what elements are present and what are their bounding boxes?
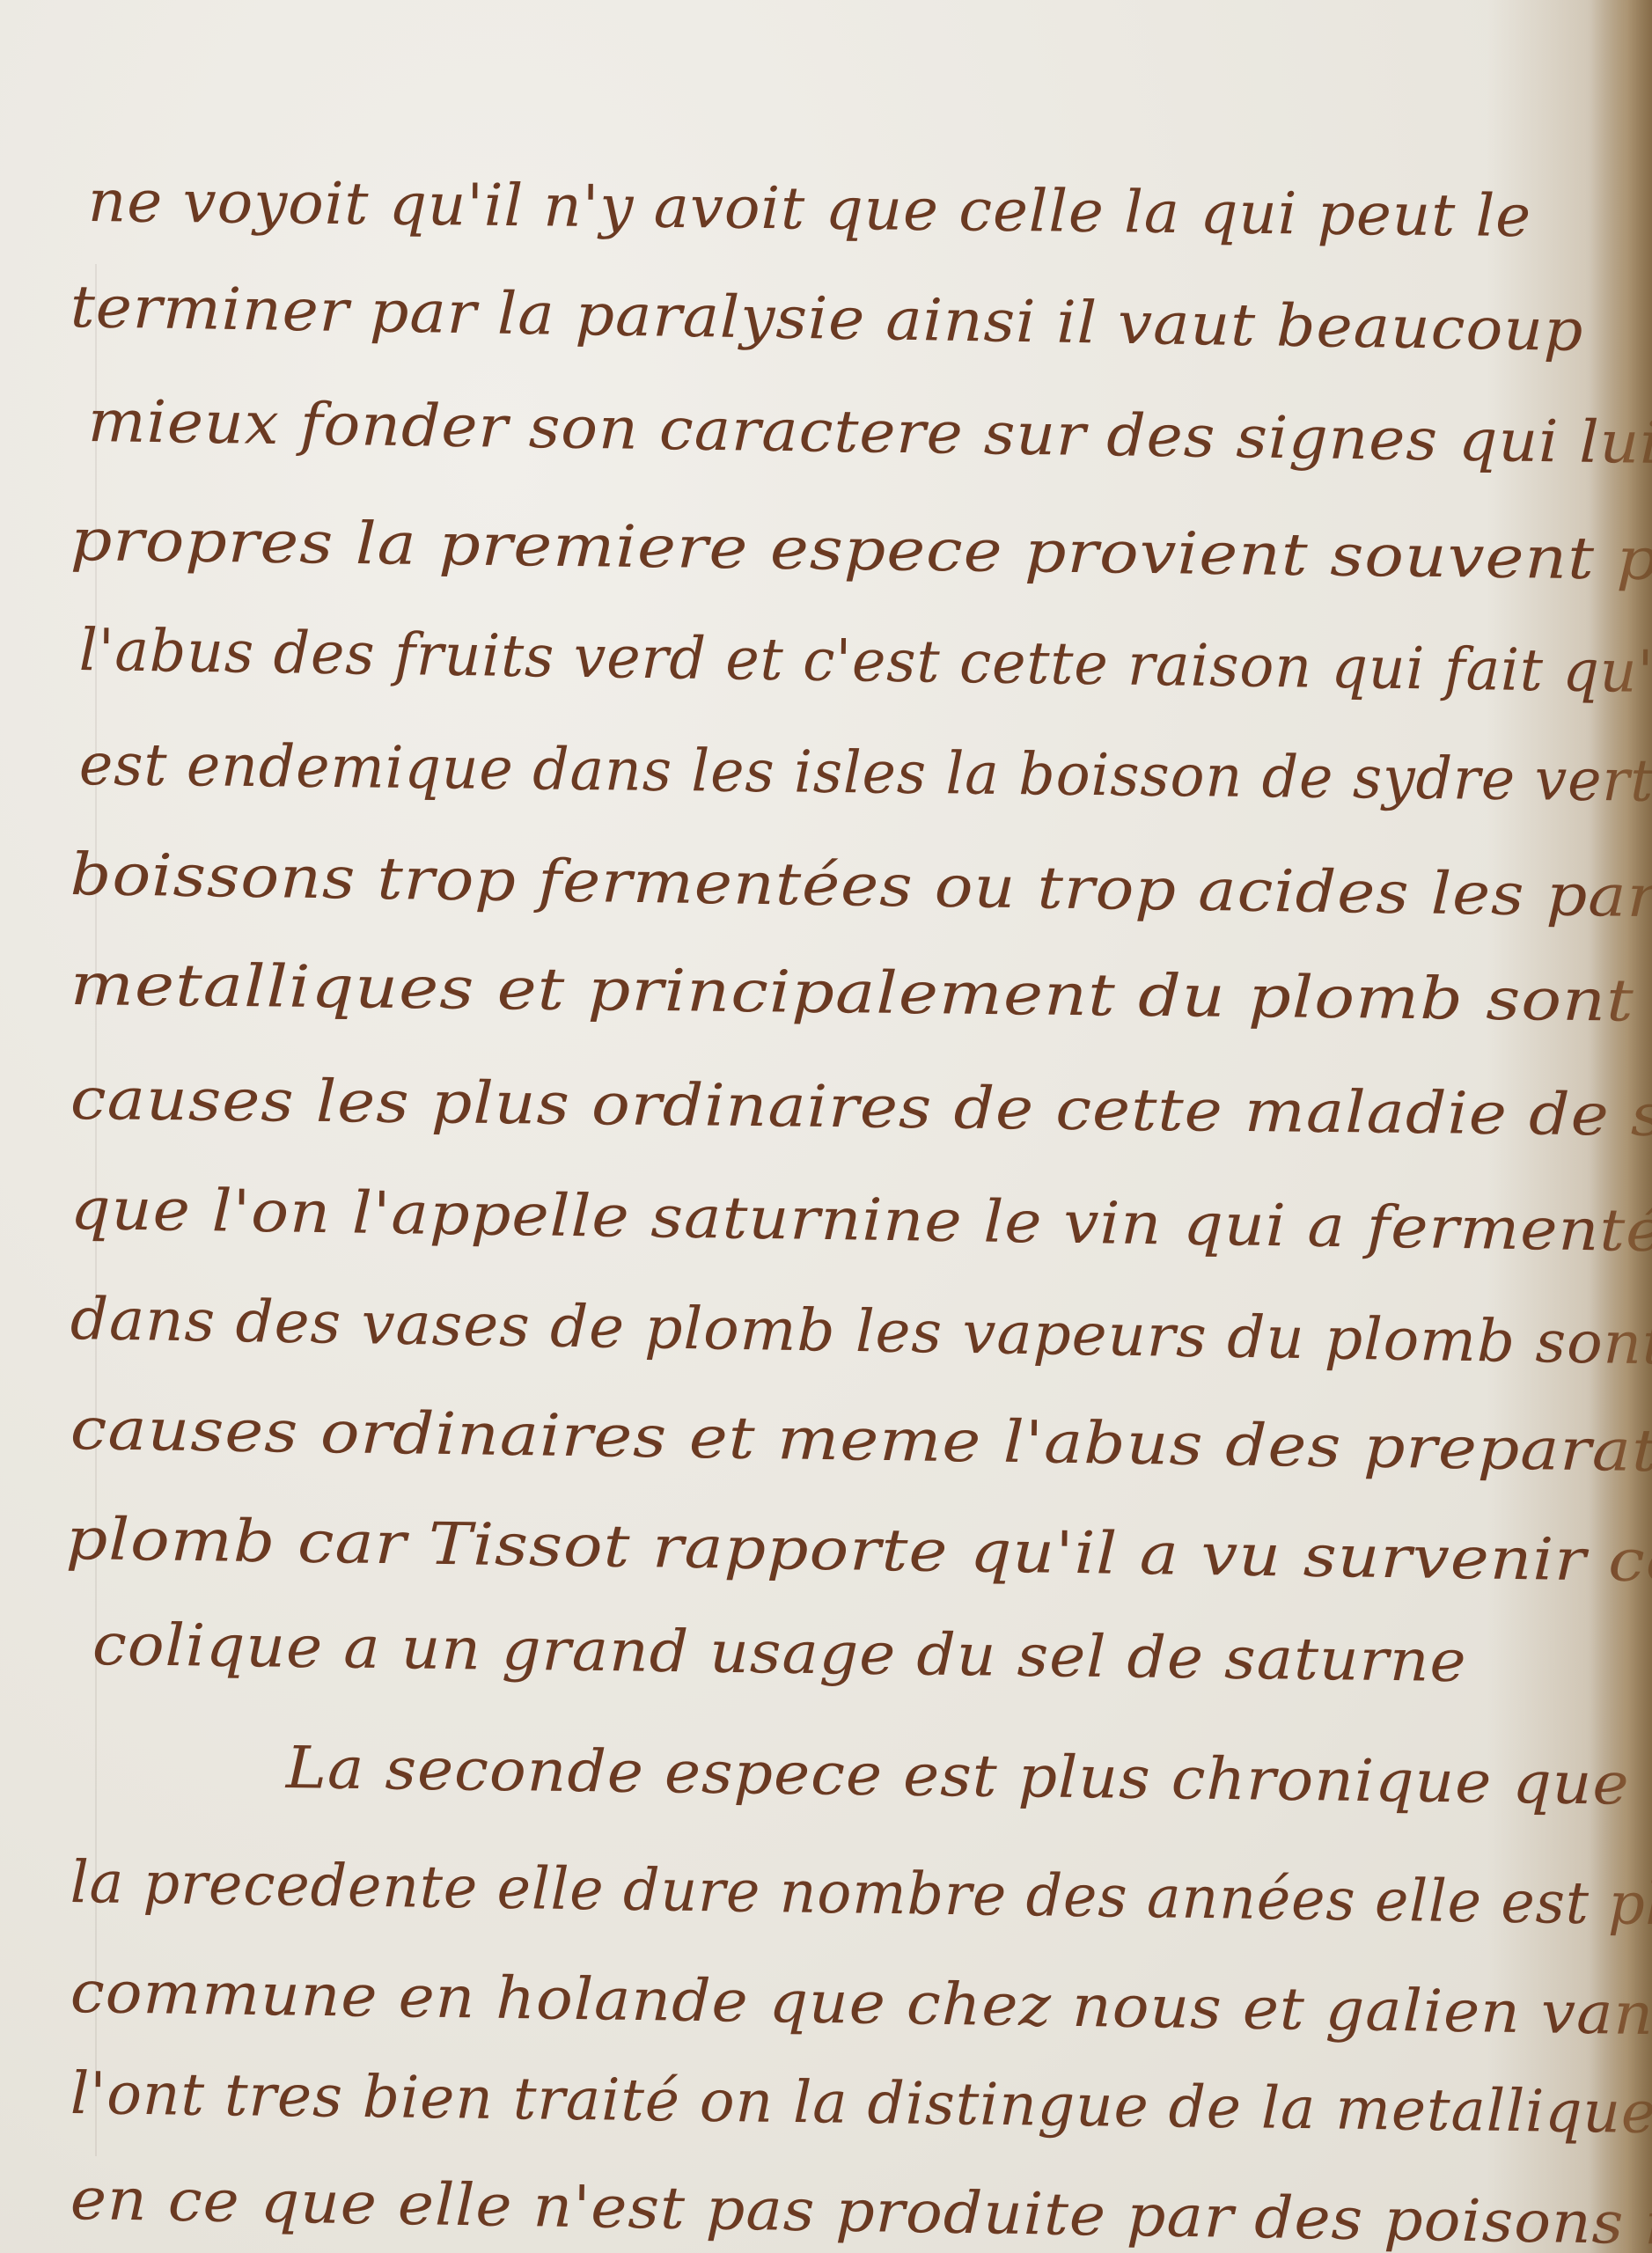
manuscript-line: est endemique dans les isles la boisson …	[79, 730, 1652, 816]
manuscript-line: causes ordinaires et meme l'abus des pre…	[70, 1395, 1652, 1488]
manuscript-line-paragraph-start: La seconde espece est plus chronique que	[286, 1734, 1630, 1818]
manuscript-line: colique a un grand usage du sel de satur…	[92, 1611, 1468, 1695]
manuscript-line: metalliques et principalement du plomb s…	[70, 950, 1652, 1036]
manuscript-line: causes les plus ordinaires de cette mala…	[70, 1065, 1652, 1151]
manuscript-line: propres la premiere espece provient souv…	[70, 506, 1652, 594]
manuscript-line: en ce que elle n'est pas produite par de…	[70, 2165, 1652, 2253]
manuscript-line: ne voyoit qu'il n'y avoit que celle la q…	[88, 167, 1532, 250]
manuscript-line: que l'on l'appelle saturnine le vin qui …	[70, 1175, 1652, 1265]
manuscript-line: terminer par la paralysie ainsi il vaut …	[70, 273, 1584, 364]
manuscript-line: l'abus des fruits verd et c'est cette ra…	[78, 616, 1652, 708]
manuscript-line: la precedente elle dure nombre des année…	[70, 1848, 1652, 1939]
manuscript-line: boissons trop fermentées ou trop acides …	[70, 840, 1652, 934]
manuscript-line: dans des vases de plomb les vapeurs du p…	[70, 1285, 1652, 1379]
manuscript-line: l'ont tres bien traité on la distingue d…	[70, 2059, 1652, 2147]
manuscript-line: mieux fonder son caractere sur des signe…	[87, 387, 1652, 479]
manuscript-line: plomb car Tissot rapporte qu'il a vu sur…	[65, 1505, 1652, 1596]
manuscript-line: commune en holande que chez nous et gali…	[70, 1958, 1652, 2051]
manuscript-page: ne voyoit qu'il n'y avoit que celle la q…	[0, 0, 1652, 2253]
